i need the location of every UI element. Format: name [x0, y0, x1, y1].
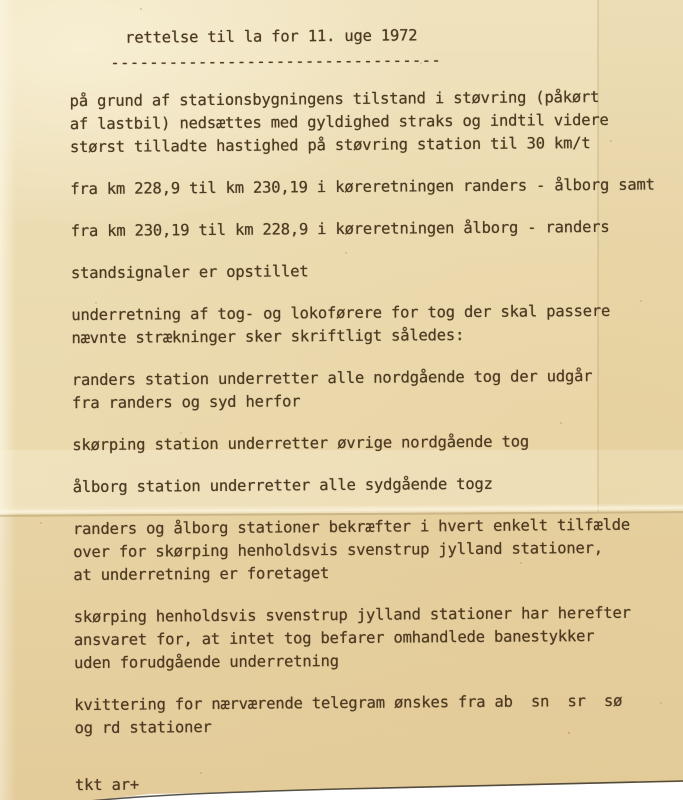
text-line: fra km 230,19 til km 228,9 i køreretning… [71, 215, 682, 243]
scanned-document: rettelse til la for 11. uge 1972 -------… [0, 0, 683, 800]
document-title: rettelse til la for 11. uge 1972 [125, 22, 680, 49]
title-underline: ---------------------------------- [110, 47, 680, 74]
typewritten-text: rettelse til la for 11. uge 1972 -------… [0, 0, 683, 800]
text-line: over for skørping henholdsvis svenstrup … [73, 536, 683, 564]
text-line: størst tilladte hastighed på støvring st… [70, 131, 681, 159]
text-line: uden forudgående underretning [74, 647, 683, 675]
paragraph: på grund af stationsbygningens tilstand … [70, 85, 682, 159]
paragraph: fra km 228,9 til km 230,19 i køreretning… [70, 173, 681, 201]
text-line: nævnte strækninger sker skriftligt såled… [71, 322, 682, 350]
paper-sheet: rettelse til la for 11. uge 1972 -------… [0, 0, 683, 800]
paragraph: skørping henholdsvis svenstrup jylland s… [74, 601, 683, 675]
paragraph: fra km 230,19 til km 228,9 i køreretning… [71, 215, 682, 243]
text-line: ålborg station underretter alle sydgåend… [73, 471, 683, 499]
text-line: underretning af tog- og lokoførere for t… [71, 299, 682, 327]
text-line: randers station underretter alle nordgåe… [72, 364, 683, 392]
text-line: at underretning er foretaget [73, 559, 683, 587]
paragraph: ålborg station underretter alle sydgåend… [73, 471, 683, 499]
text-line: fra randers og syd herfor [72, 387, 683, 415]
paragraph: skørping station underretter øvrige nord… [72, 429, 683, 457]
text-line: standsignaler er opstillet [71, 257, 682, 285]
text-line: skørping station underretter øvrige nord… [72, 429, 683, 457]
paragraph: randers og ålborg stationer bekræfter i … [73, 513, 683, 587]
text-line: og rd stationer [74, 712, 683, 740]
paragraphs: på grund af stationsbygningens tilstand … [70, 85, 683, 740]
text-line: kvittering for nærværende telegram ønske… [74, 689, 683, 717]
signoff: tkt ar+ [75, 769, 683, 797]
paragraph: underretning af tog- og lokoførere for t… [71, 299, 682, 350]
paragraph: standsignaler er opstillet [71, 257, 682, 285]
paragraph: randers station underretter alle nordgåe… [72, 364, 683, 415]
text-line: fra km 228,9 til km 230,19 i køreretning… [70, 173, 681, 201]
paragraph: kvittering for nærværende telegram ønske… [74, 689, 683, 740]
text-line: ansvaret for, at intet tog befarer omhan… [74, 624, 683, 652]
